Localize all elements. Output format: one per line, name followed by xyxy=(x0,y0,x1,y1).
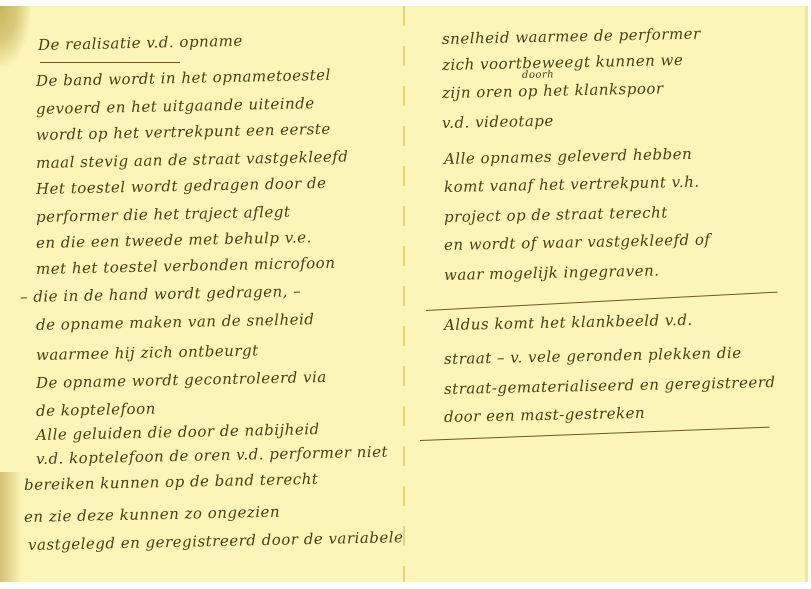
text-line: gevoerd en het uitgaande uiteinde xyxy=(36,94,315,118)
insertion-note: doorh xyxy=(522,69,554,81)
text-line: snelheid waarmee de performer xyxy=(442,25,701,48)
title-underline xyxy=(40,62,180,63)
text-line: waarmee hij zich ontbeurgt xyxy=(36,341,259,364)
page-title: De realisatie v.d. opname xyxy=(38,32,243,54)
text-line: v.d. koptelefoon de oren v.d. performer … xyxy=(36,443,388,468)
text-line: – die in de hand wordt gedragen, – xyxy=(20,282,302,306)
text-line: de koptelefoon xyxy=(36,399,156,420)
text-line: wordt op het vertrekpunt een eerste xyxy=(36,120,331,144)
divider-rule xyxy=(426,292,778,311)
text-line: De opname wordt gecontroleerd via xyxy=(36,368,327,392)
text-line: bereiken kunnen op de band terecht xyxy=(24,470,319,494)
text-line: en wordt of waar vastgekleefd of xyxy=(444,230,711,254)
text-line: maal stevig aan de straat vastgekleefd xyxy=(36,147,349,172)
text-line: Aldus komt het klankbeeld v.d. xyxy=(444,311,693,334)
text-line: door een mast-gestreken xyxy=(444,404,645,426)
text-line: De band wordt in het opnametoestel xyxy=(36,66,331,90)
text-line: zijn oren op het klankspoor xyxy=(442,79,664,102)
text-line: v.d. videotape xyxy=(442,112,554,132)
text-line: de opname maken van de snelheid xyxy=(36,310,315,334)
paper-stain-top xyxy=(0,6,30,66)
text-line: waar mogelijk ingegraven. xyxy=(444,261,660,284)
text-line: straat – v. vele geronden plekken die xyxy=(444,344,742,368)
text-line: komt vanaf het vertrekpunt v.h. xyxy=(444,173,700,196)
text-line: en zie deze kunnen zo ongezien xyxy=(24,503,280,526)
text-line: project op de straat terecht xyxy=(444,203,668,226)
left-page: De realisatie v.d. opname De band wordt … xyxy=(0,6,404,582)
notebook-spread: De realisatie v.d. opname De band wordt … xyxy=(0,6,808,582)
text-line: performer die het traject aflegt xyxy=(36,203,291,226)
text-line: Het toestel wordt gedragen door de xyxy=(36,174,327,198)
text-line: en die een tweede met behulp v.e. xyxy=(36,228,312,252)
right-page: snelheid waarmee de performer zich voort… xyxy=(404,6,808,582)
text-line: met het toestel verbonden microfoon xyxy=(36,254,336,278)
divider-rule xyxy=(420,427,770,441)
text-line: zich voortbeweegt kunnen we xyxy=(442,51,684,74)
paper-stain-bottom xyxy=(0,472,22,582)
text-line: vastgelegd en geregistreerd door de vari… xyxy=(28,528,404,554)
text-line: Alle opnames geleverd hebben xyxy=(444,145,693,168)
text-line: Alle geluiden die door de nabijheid xyxy=(36,420,320,444)
page-edge xyxy=(805,6,808,582)
text-line: straat-gematerialiseerd en geregistreerd xyxy=(444,373,776,398)
